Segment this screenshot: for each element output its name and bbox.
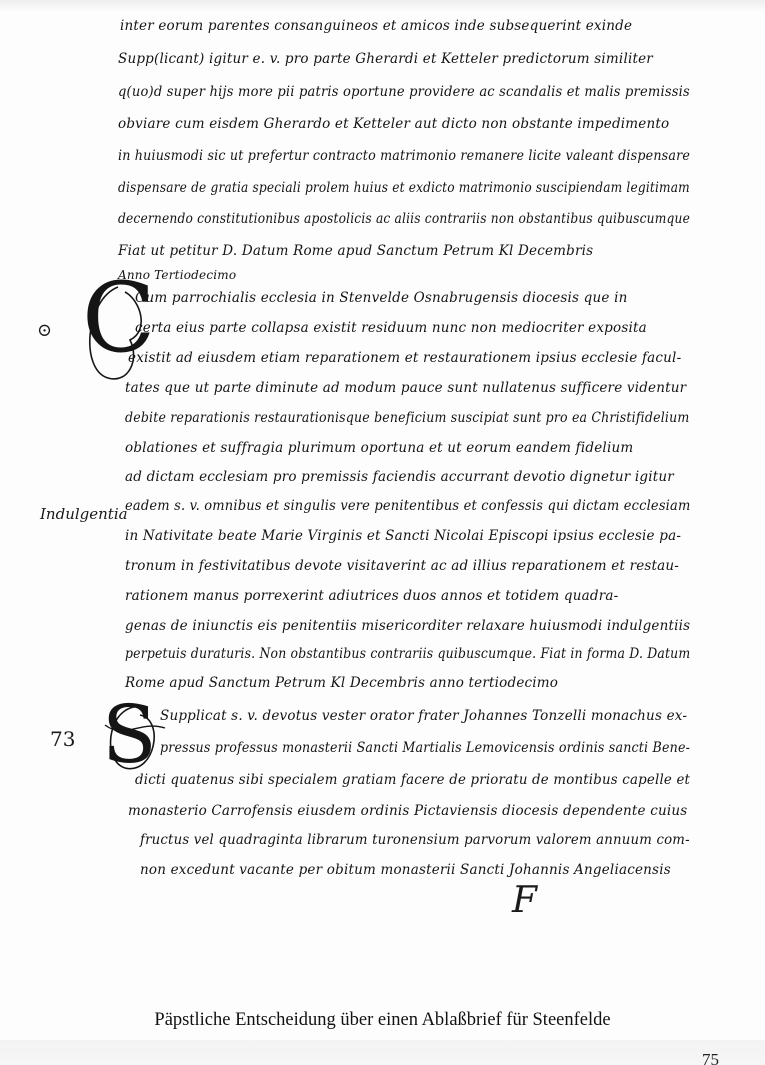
scanned-page: inter eorum parentes consanguineos et am…: [0, 0, 765, 1065]
figure-caption: Päpstliche Entscheidung über einen Ablaß…: [0, 1010, 765, 1031]
scan-bottom-band: [0, 1040, 765, 1065]
initial-flourishes: [0, 0, 765, 1000]
page-number: 75: [702, 1050, 719, 1065]
